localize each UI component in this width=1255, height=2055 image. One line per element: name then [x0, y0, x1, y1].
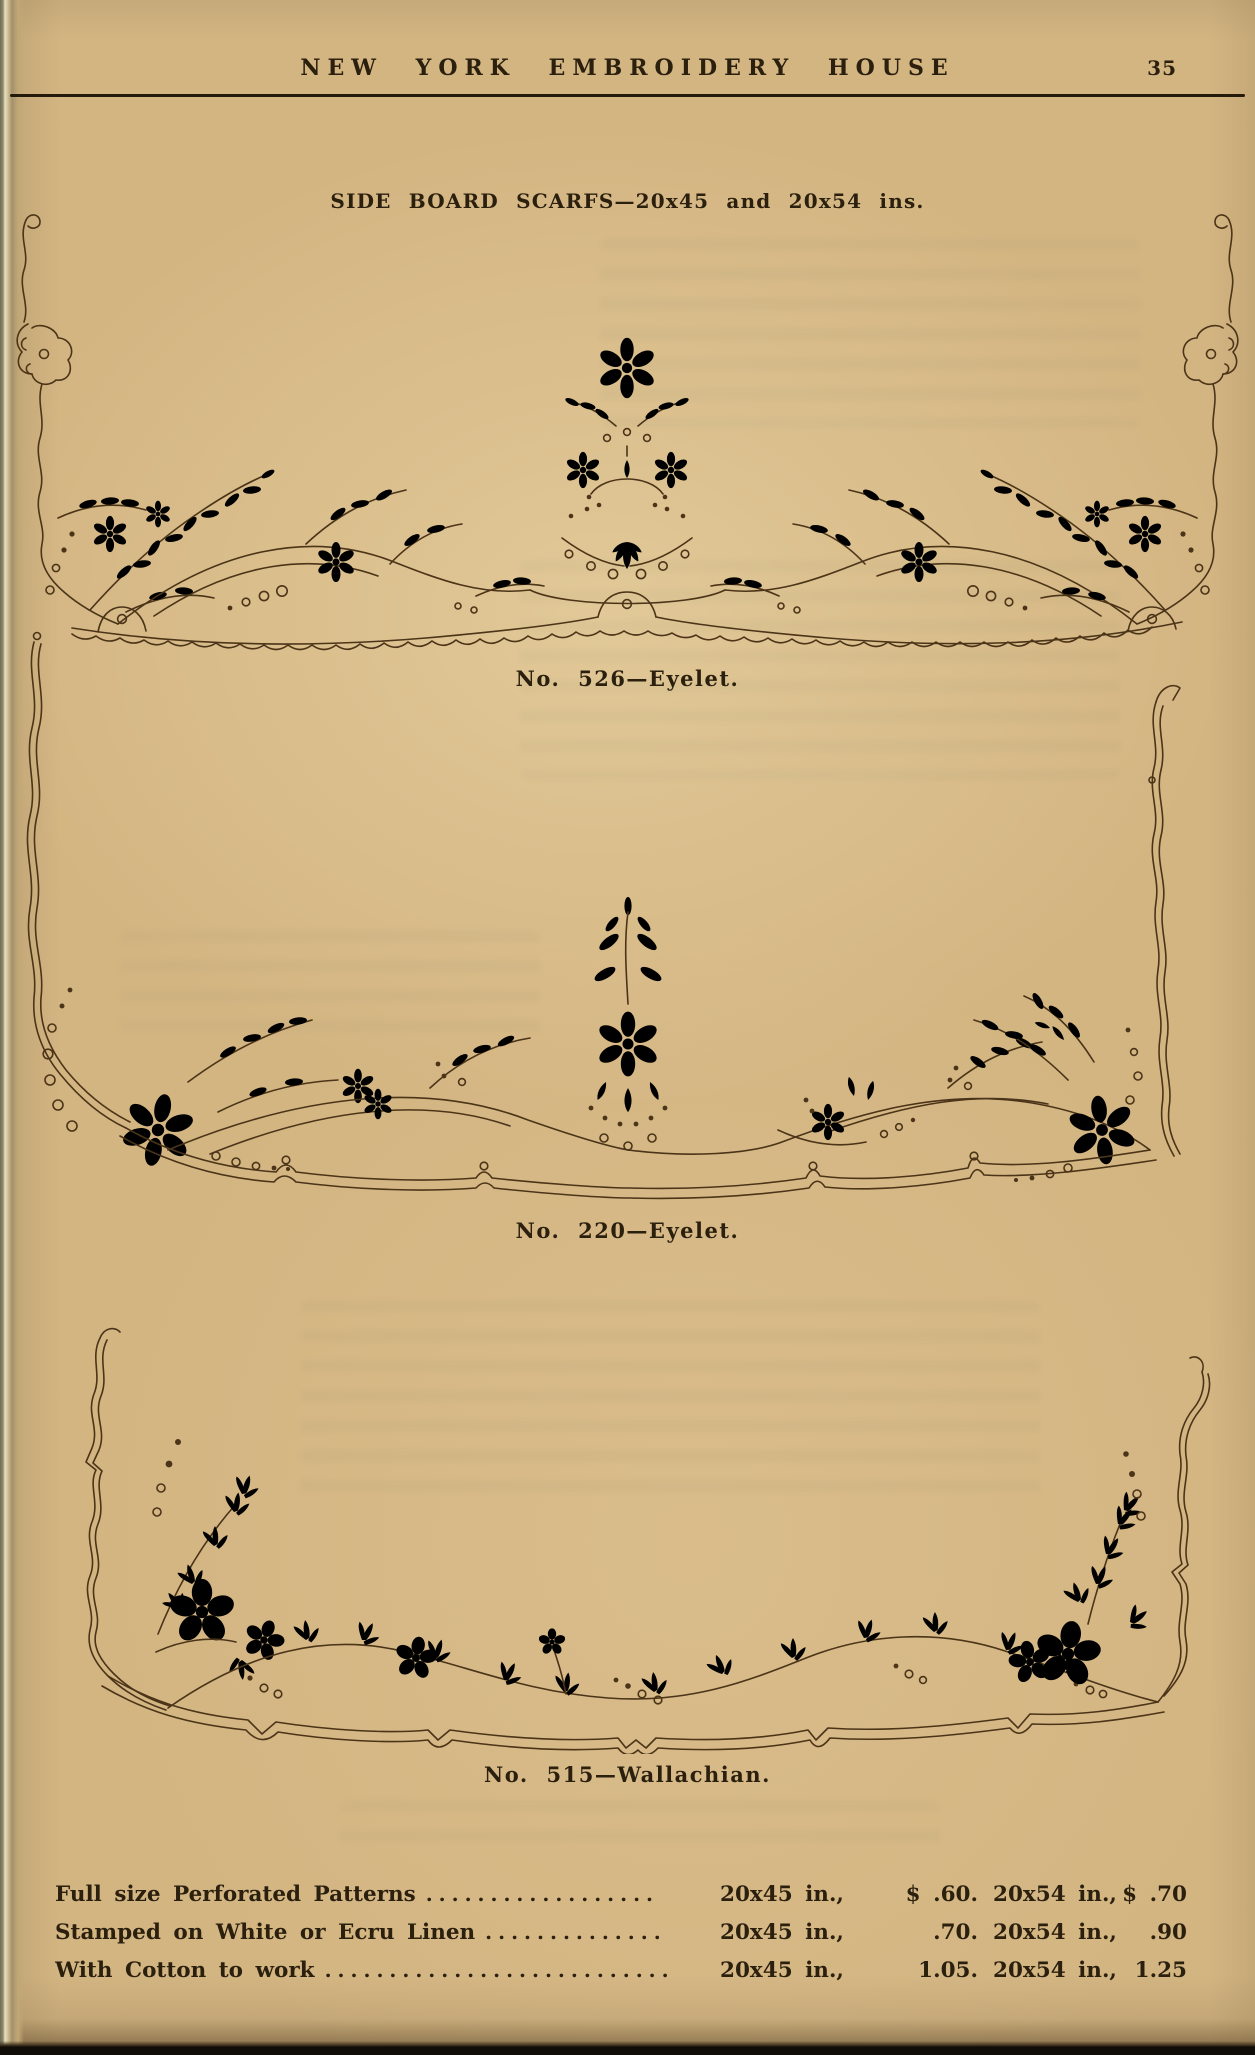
show-through-text-ghost: [340, 1800, 940, 1858]
price-row-with-cotton: With Cotton to work.....................…: [55, 1958, 1187, 1996]
left-border: [86, 1329, 170, 1710]
figure-220-illustration: [6, 608, 1249, 1214]
header-rule: [10, 94, 1245, 97]
left-border: [17, 215, 118, 624]
size-20x45-label: 20x45 in.,: [720, 1882, 844, 1907]
price-20x54-value: .90: [1150, 1920, 1187, 1945]
section-title: SIDE BOARD SCARFS—20x45 and 20x54 ins.: [0, 189, 1255, 213]
size-20x45-label: 20x45 in.,: [720, 1958, 844, 1983]
bottom-scallop-edge: [120, 1128, 1156, 1198]
vine: [168, 1610, 1158, 1708]
price-list: Full size Perforated Patterns...........…: [55, 1882, 1187, 1996]
price-item-label: Stamped on White or Ecru Linen: [55, 1920, 475, 1945]
dot-leader: ...........................: [325, 1958, 710, 1983]
left-corner-spray: [153, 1439, 291, 1683]
size-20x45-label: 20x45 in.,: [720, 1920, 844, 1945]
right-border: [1137, 215, 1238, 624]
book-bottom-edge: [0, 2041, 1255, 2055]
price-item-label: With Cotton to work: [55, 1958, 315, 1983]
band-vines: [168, 1034, 1150, 1155]
figure-220-caption: No. 220—Eyelet.: [0, 1218, 1255, 1243]
size-20x54-label: 20x54 in.,: [993, 1882, 1117, 1907]
center-spray-motif: [589, 897, 668, 1150]
page-title: NEW YORK EMBROIDERY HOUSE: [0, 55, 1255, 81]
size-20x54-label: 20x54 in.,: [993, 1920, 1117, 1945]
center-pyramid-motif: [562, 338, 692, 579]
right-border: [1158, 1357, 1210, 1702]
right-corner-motif: [974, 991, 1142, 1182]
price-row-stamped-linen: Stamped on White or Ecru Linen..........…: [55, 1920, 1187, 1958]
price-20x45-value: 1.05.: [918, 1958, 978, 1983]
price-20x54-value: $ .70: [1122, 1882, 1187, 1907]
figure-515-caption: No. 515—Wallachian.: [0, 1762, 1255, 1787]
figure-515-illustration: [6, 1322, 1249, 1754]
left-corner-motif: [43, 988, 375, 1173]
price-item-label: Full size Perforated Patterns: [55, 1882, 416, 1907]
price-20x45-value: .70.: [933, 1920, 978, 1945]
bottom-scallop-edge: [102, 1676, 1164, 1754]
price-20x45-value: $ .60.: [906, 1882, 978, 1907]
size-20x54-label: 20x54 in.,: [993, 1958, 1117, 1983]
page-number: 35: [1147, 56, 1177, 80]
right-border: [1149, 686, 1180, 1156]
price-20x54-value: 1.25: [1135, 1958, 1187, 1983]
figure-526-illustration: [6, 212, 1249, 662]
catalog-page: NEW YORK EMBROIDERY HOUSE 35 SIDE BOARD …: [0, 0, 1255, 2055]
price-row-perforated-patterns: Full size Perforated Patterns...........…: [55, 1882, 1187, 1920]
dot-leader: ..................: [426, 1882, 710, 1907]
dot-leader: ..............: [485, 1920, 710, 1945]
right-corner-spray: [1029, 1451, 1154, 1691]
